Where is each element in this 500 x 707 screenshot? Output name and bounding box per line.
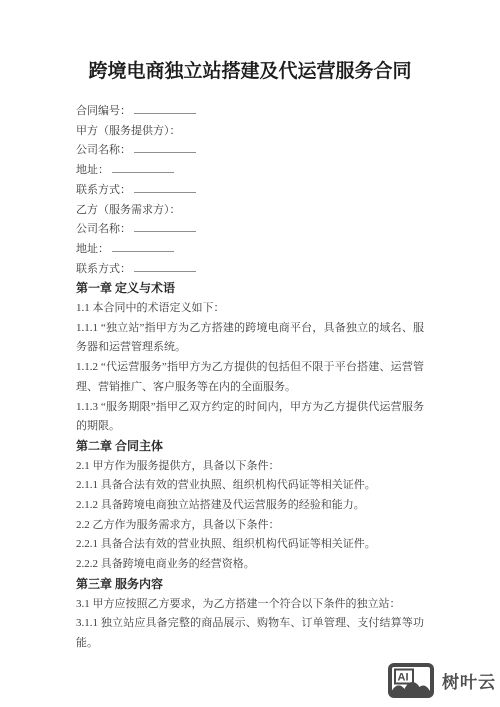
field-label: 地址： (76, 243, 109, 255)
field-label: 乙方（服务需求方）： (76, 204, 181, 216)
blank-underline (134, 220, 196, 232)
clause-2-2-1: 2.2.1 具备合法有效的营业执照、组织机构代码证等相关证件。 (76, 535, 424, 555)
field-label: 联系方式： (76, 184, 131, 196)
field-label: 公司名称： (76, 144, 131, 156)
clause-2-2-2: 2.2.2 具备跨境电商业务的经营资格。 (76, 555, 424, 575)
clause-2-1-2: 2.1.2 具备跨境电商独立站搭建及代运营服务的经验和能力。 (76, 496, 424, 516)
document-title: 跨境电商独立站搭建及代运营服务合同 (76, 57, 424, 86)
blank-underline (134, 141, 196, 153)
field-address-b: 地址： (76, 240, 424, 260)
field-label: 联系方式： (76, 263, 131, 275)
blank-underline (112, 240, 174, 252)
field-company-name-a: 公司名称： (76, 141, 424, 161)
field-label: 公司名称： (76, 223, 131, 235)
clause-2-1: 2.1 甲方作为服务提供方，具备以下条件： (76, 457, 424, 477)
party-b-label: 乙方（服务需求方）： (76, 201, 424, 221)
blank-underline (134, 102, 196, 114)
clause-1-1: 1.1 本合同中的术语定义如下： (76, 299, 424, 319)
blank-underline (134, 181, 196, 193)
clause-2-1-1: 2.1.1 具备合法有效的营业执照、组织机构代码证等相关证件。 (76, 476, 424, 496)
chapter-3-heading: 第三章 服务内容 (76, 575, 424, 595)
field-label: 地址： (76, 164, 109, 176)
blank-underline (112, 161, 174, 173)
clause-1-1-3: 1.1.3 “服务期限”指甲乙双方约定的时间内，甲方为乙方提供代运营服务的期限。 (76, 398, 424, 437)
ai-icon-label: AI (398, 672, 409, 684)
field-label: 甲方（服务提供方）： (76, 125, 181, 137)
party-a-label: 甲方（服务提供方）： (76, 122, 424, 142)
field-company-name-b: 公司名称： (76, 220, 424, 240)
contract-document-page: 跨境电商独立站搭建及代运营服务合同 合同编号： 甲方（服务提供方）： 公司名称：… (0, 0, 500, 654)
field-contact-a: 联系方式： (76, 181, 424, 201)
blank-underline (134, 260, 196, 272)
clause-1-1-2: 1.1.2 “代运营服务”指甲方为乙方提供的包括但不限于平台搭建、运营管理、营销… (76, 358, 424, 397)
chapter-1-heading: 第一章 定义与术语 (76, 279, 424, 299)
field-label: 合同编号： (76, 105, 131, 117)
clause-3-1-1: 3.1.1 独立站应具备完整的商品展示、购物车、订单管理、支付结算等功能。 (76, 614, 424, 653)
clause-1-1-1: 1.1.1 “独立站”指甲方为乙方搭建的跨境电商平台，具备独立的域名、服务器和运… (76, 319, 424, 358)
field-address-a: 地址： (76, 161, 424, 181)
watermark: AI 树叶云 (388, 663, 496, 698)
clause-2-2: 2.2 乙方作为服务需求方，具备以下条件： (76, 516, 424, 536)
ai-image-logo-icon: AI (388, 663, 434, 698)
field-contract-number: 合同编号： (76, 102, 424, 122)
field-contact-b: 联系方式： (76, 260, 424, 280)
clause-3-1: 3.1 甲方应按照乙方要求，为乙方搭建一个符合以下条件的独立站： (76, 595, 424, 615)
chapter-2-heading: 第二章 合同主体 (76, 437, 424, 457)
watermark-brand-text: 树叶云 (442, 668, 496, 693)
